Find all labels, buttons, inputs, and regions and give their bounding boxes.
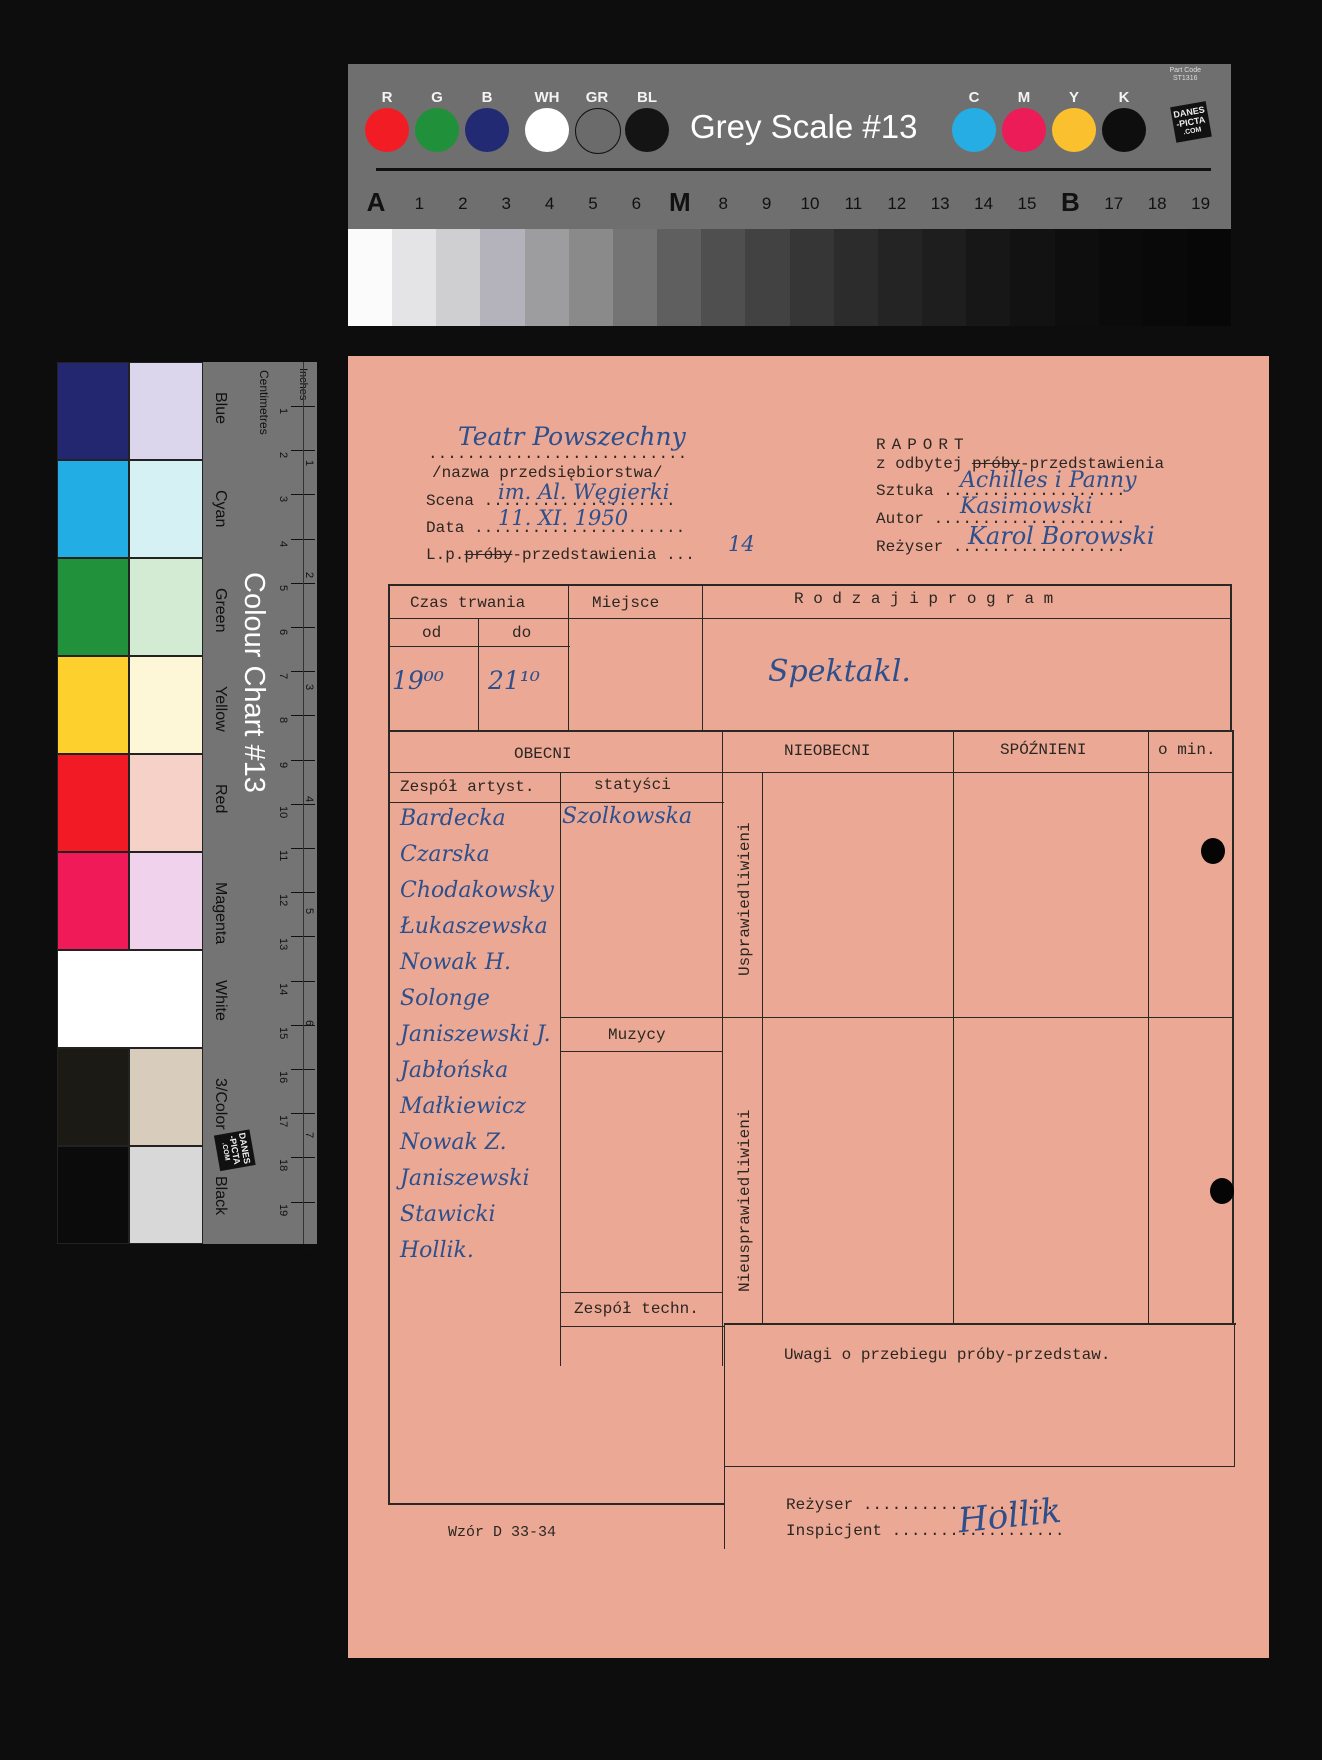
grey-step	[525, 229, 569, 326]
step-label: B	[1050, 187, 1090, 218]
artist-entry: Bardecka	[400, 806, 506, 831]
colour-patch-bl	[625, 108, 669, 152]
lp-value: 14	[728, 532, 755, 556]
inch-tick-label: 4	[303, 796, 315, 802]
inch-tick-label: 3	[303, 684, 315, 690]
grey-scale-rule	[376, 168, 1211, 171]
step-label: 18	[1137, 194, 1177, 214]
colour-patch-wh	[525, 108, 569, 152]
obecni-header: OBECNI	[514, 745, 572, 763]
artist-entry: Solonge	[400, 986, 490, 1011]
swatch-yellow-light	[129, 656, 203, 754]
step-label: 8	[703, 194, 743, 214]
artist-entry: Małkiewicz	[400, 1094, 526, 1119]
lp-label: L.p.próby-przedstawienia ...	[426, 546, 695, 564]
cm-tick-label: 1	[277, 408, 289, 414]
swatch-3-color-light	[129, 1048, 203, 1146]
patch-label-wh: WH	[525, 89, 569, 106]
part-code: Part Code ST1316	[1169, 67, 1201, 83]
scena-value: im. Al. Węgierki	[498, 480, 669, 504]
danes-picta-logo: DANES-PICTA.COM	[214, 1129, 256, 1170]
artist-entry: Stawicki	[400, 1202, 496, 1227]
centimetres-label: Centimetres	[257, 370, 271, 435]
colour-chart: Inches Centimetres Colour Chart #13 Blue…	[57, 362, 317, 1244]
autor-value: Kasimowski	[960, 494, 1092, 519]
artist-entry: Łukaszewska	[400, 914, 548, 939]
zespol-artyst-header: Zespół artyst.	[400, 778, 534, 796]
grey-scale-card: Part Code ST1316 RGBWHGRBLCMYK Grey Scal…	[348, 64, 1231, 326]
punch-hole	[1210, 1178, 1234, 1204]
swatch-black-dark	[57, 1146, 129, 1244]
cm-tick-label: 14	[277, 983, 289, 995]
step-label: 15	[1007, 194, 1047, 214]
grey-step	[1099, 229, 1143, 326]
colour-chart-title: Colour Chart #13	[237, 572, 270, 793]
grey-step	[657, 229, 701, 326]
czas-trwania-header: Czas trwania	[410, 594, 525, 612]
muzycy-header: Muzycy	[608, 1026, 666, 1044]
swatch-magenta-light	[129, 852, 203, 950]
patch-label-b: B	[465, 89, 509, 106]
colour-chart-ruler: Inches Centimetres Colour Chart #13 Blue…	[203, 362, 317, 1244]
inch-tick-label: 2	[303, 572, 315, 578]
step-label: 9	[747, 194, 787, 214]
swatch-white	[57, 950, 203, 1048]
statysci-header: statyści	[594, 776, 671, 794]
patch-label-r: R	[365, 89, 409, 106]
rezyser-value: Karol Borowski	[968, 522, 1155, 550]
swatch-name: Red	[211, 784, 229, 813]
do-header: do	[512, 624, 531, 642]
grey-step	[922, 229, 966, 326]
od-value: 19⁰⁰	[392, 666, 444, 695]
cm-tick-label: 6	[277, 629, 289, 635]
cm-tick-label: 7	[277, 673, 289, 679]
rodzaj-value: Spektakl.	[768, 654, 911, 689]
inch-tick-label: 5	[303, 908, 315, 914]
wzor-label: Wzór D 33-34	[448, 1524, 556, 1541]
grey-step	[966, 229, 1010, 326]
cm-tick-label: 5	[277, 585, 289, 591]
step-label: A	[356, 187, 396, 218]
swatch-cyan-light	[129, 460, 203, 558]
cm-tick-label: 13	[277, 938, 289, 950]
cm-tick-label: 18	[277, 1159, 289, 1171]
usprawiedliwieni-label: Usprawiedliwieni	[736, 822, 754, 976]
artist-entry: Jabłońska	[400, 1058, 508, 1083]
swatch-green-dark	[57, 558, 129, 656]
cm-tick-label: 10	[277, 806, 289, 818]
step-label: 2	[443, 194, 483, 214]
do-value: 21¹⁰	[488, 666, 540, 695]
step-label: 14	[964, 194, 1004, 214]
artist-entry: Nowak Z.	[400, 1130, 507, 1155]
colour-patch-y	[1052, 108, 1096, 152]
grey-step	[1010, 229, 1054, 326]
grey-step	[613, 229, 657, 326]
artist-entry: Janiszewski J.	[400, 1022, 551, 1047]
o-min-header: o min.	[1158, 741, 1216, 759]
grey-step	[392, 229, 436, 326]
step-label: 11	[833, 194, 873, 214]
nieobecni-header: NIEOBECNI	[784, 742, 870, 760]
grey-step	[790, 229, 834, 326]
cm-tick-label: 2	[277, 452, 289, 458]
spoznieni-header: SPÓŹNIENI	[1000, 741, 1086, 759]
artist-entry: Hollik.	[400, 1238, 474, 1263]
grey-step	[745, 229, 789, 326]
colour-patch-gr	[575, 108, 621, 154]
swatch-name: White	[211, 980, 229, 1021]
zespol-techn-header: Zespół techn.	[574, 1300, 699, 1318]
miejsce-header: Miejsce	[592, 594, 659, 612]
cm-tick-label: 15	[277, 1027, 289, 1039]
cm-tick-label: 4	[277, 541, 289, 547]
grey-scale-strip	[348, 229, 1231, 326]
cm-tick-label: 16	[277, 1071, 289, 1083]
artist-entry: Czarska	[400, 842, 490, 867]
grey-step	[701, 229, 745, 326]
swatch-name: 3/Color	[211, 1078, 229, 1130]
colour-patch-g	[415, 108, 459, 152]
swatch-blue-dark	[57, 362, 129, 460]
grey-scale-title: Grey Scale #13	[690, 108, 917, 146]
grey-step	[834, 229, 878, 326]
step-label: 4	[530, 194, 570, 214]
cm-tick-label: 12	[277, 894, 289, 906]
patch-label-g: G	[415, 89, 459, 106]
artist-entry: Janiszewski	[400, 1166, 530, 1191]
step-label: 10	[790, 194, 830, 214]
grey-step	[480, 229, 524, 326]
artist-entry: Nowak H.	[400, 950, 511, 975]
colour-patch-k	[1102, 108, 1146, 152]
od-header: od	[422, 624, 441, 642]
patch-label-k: K	[1102, 89, 1146, 106]
swatch-blue-light	[129, 362, 203, 460]
enterprise-value: Teatr Powszechny	[458, 422, 686, 451]
step-label: 6	[616, 194, 656, 214]
patch-label-m: M	[1002, 89, 1046, 106]
colour-patch-m	[1002, 108, 1046, 152]
swatch-red-dark	[57, 754, 129, 852]
swatch-cyan-dark	[57, 460, 129, 558]
step-label: 1	[399, 194, 439, 214]
danes-picta-logo: DANES-PICTA.COM	[1171, 101, 1212, 143]
swatch-name: Magenta	[211, 882, 229, 944]
patch-label-c: C	[952, 89, 996, 106]
inch-tick-label: 6	[303, 1020, 315, 1026]
cm-tick-label: 19	[277, 1204, 289, 1216]
swatch-magenta-dark	[57, 852, 129, 950]
patch-label-gr: GR	[575, 89, 619, 106]
patch-label-bl: BL	[625, 89, 669, 106]
swatch-name: Blue	[211, 392, 229, 424]
rodzaj-program-header: R o d z a j i p r o g r a m	[794, 590, 1053, 608]
inch-tick-label: 7	[303, 1132, 315, 1138]
swatch-yellow-dark	[57, 656, 129, 754]
swatch-green-light	[129, 558, 203, 656]
step-label: 17	[1094, 194, 1134, 214]
artist-entry: Chodakowsky	[400, 878, 554, 903]
step-label: 5	[573, 194, 613, 214]
swatch-name: Green	[211, 588, 229, 632]
swatch-name: Black	[211, 1176, 229, 1215]
step-label: M	[660, 187, 700, 218]
cm-tick-label: 11	[277, 850, 289, 861]
report-document: ........................... Teatr Powsze…	[348, 356, 1269, 1658]
report-title: RAPORT	[876, 436, 970, 454]
sztuka-value: Achilles i Panny	[960, 468, 1137, 493]
punch-hole	[1201, 838, 1225, 864]
swatch-red-light	[129, 754, 203, 852]
grey-step	[1187, 229, 1231, 326]
swatch-name: Yellow	[211, 686, 229, 732]
swatch-black-light	[129, 1146, 203, 1244]
colour-patch-r	[365, 108, 409, 152]
step-label: 13	[920, 194, 960, 214]
swatch-name: Cyan	[211, 490, 229, 527]
statysci-value: Szolkowska	[562, 804, 692, 829]
grey-step	[1055, 229, 1099, 326]
data-value: 11. XI. 1950	[498, 506, 628, 530]
cm-tick-label: 3	[277, 496, 289, 502]
grey-step	[348, 229, 392, 326]
grey-step	[569, 229, 613, 326]
colour-patch-b	[465, 108, 509, 152]
step-label: 19	[1181, 194, 1221, 214]
inch-tick-label: 8	[303, 1244, 315, 1250]
step-label: 12	[877, 194, 917, 214]
step-label: 3	[486, 194, 526, 214]
nieusprawiedliwieni-label: Nieusprawiedliwieni	[736, 1110, 754, 1292]
grey-step	[436, 229, 480, 326]
cm-tick-label: 8	[277, 717, 289, 723]
patch-label-y: Y	[1052, 89, 1096, 106]
colour-patch-c	[952, 108, 996, 152]
cm-tick-label: 17	[277, 1115, 289, 1127]
grey-step	[1143, 229, 1187, 326]
cm-tick-label: 9	[277, 762, 289, 768]
uwagi-header: Uwagi o przebiegu próby-przedstaw.	[784, 1346, 1110, 1364]
grey-step	[878, 229, 922, 326]
swatch-3-color-dark	[57, 1048, 129, 1146]
inch-tick-label: 1	[303, 460, 315, 466]
